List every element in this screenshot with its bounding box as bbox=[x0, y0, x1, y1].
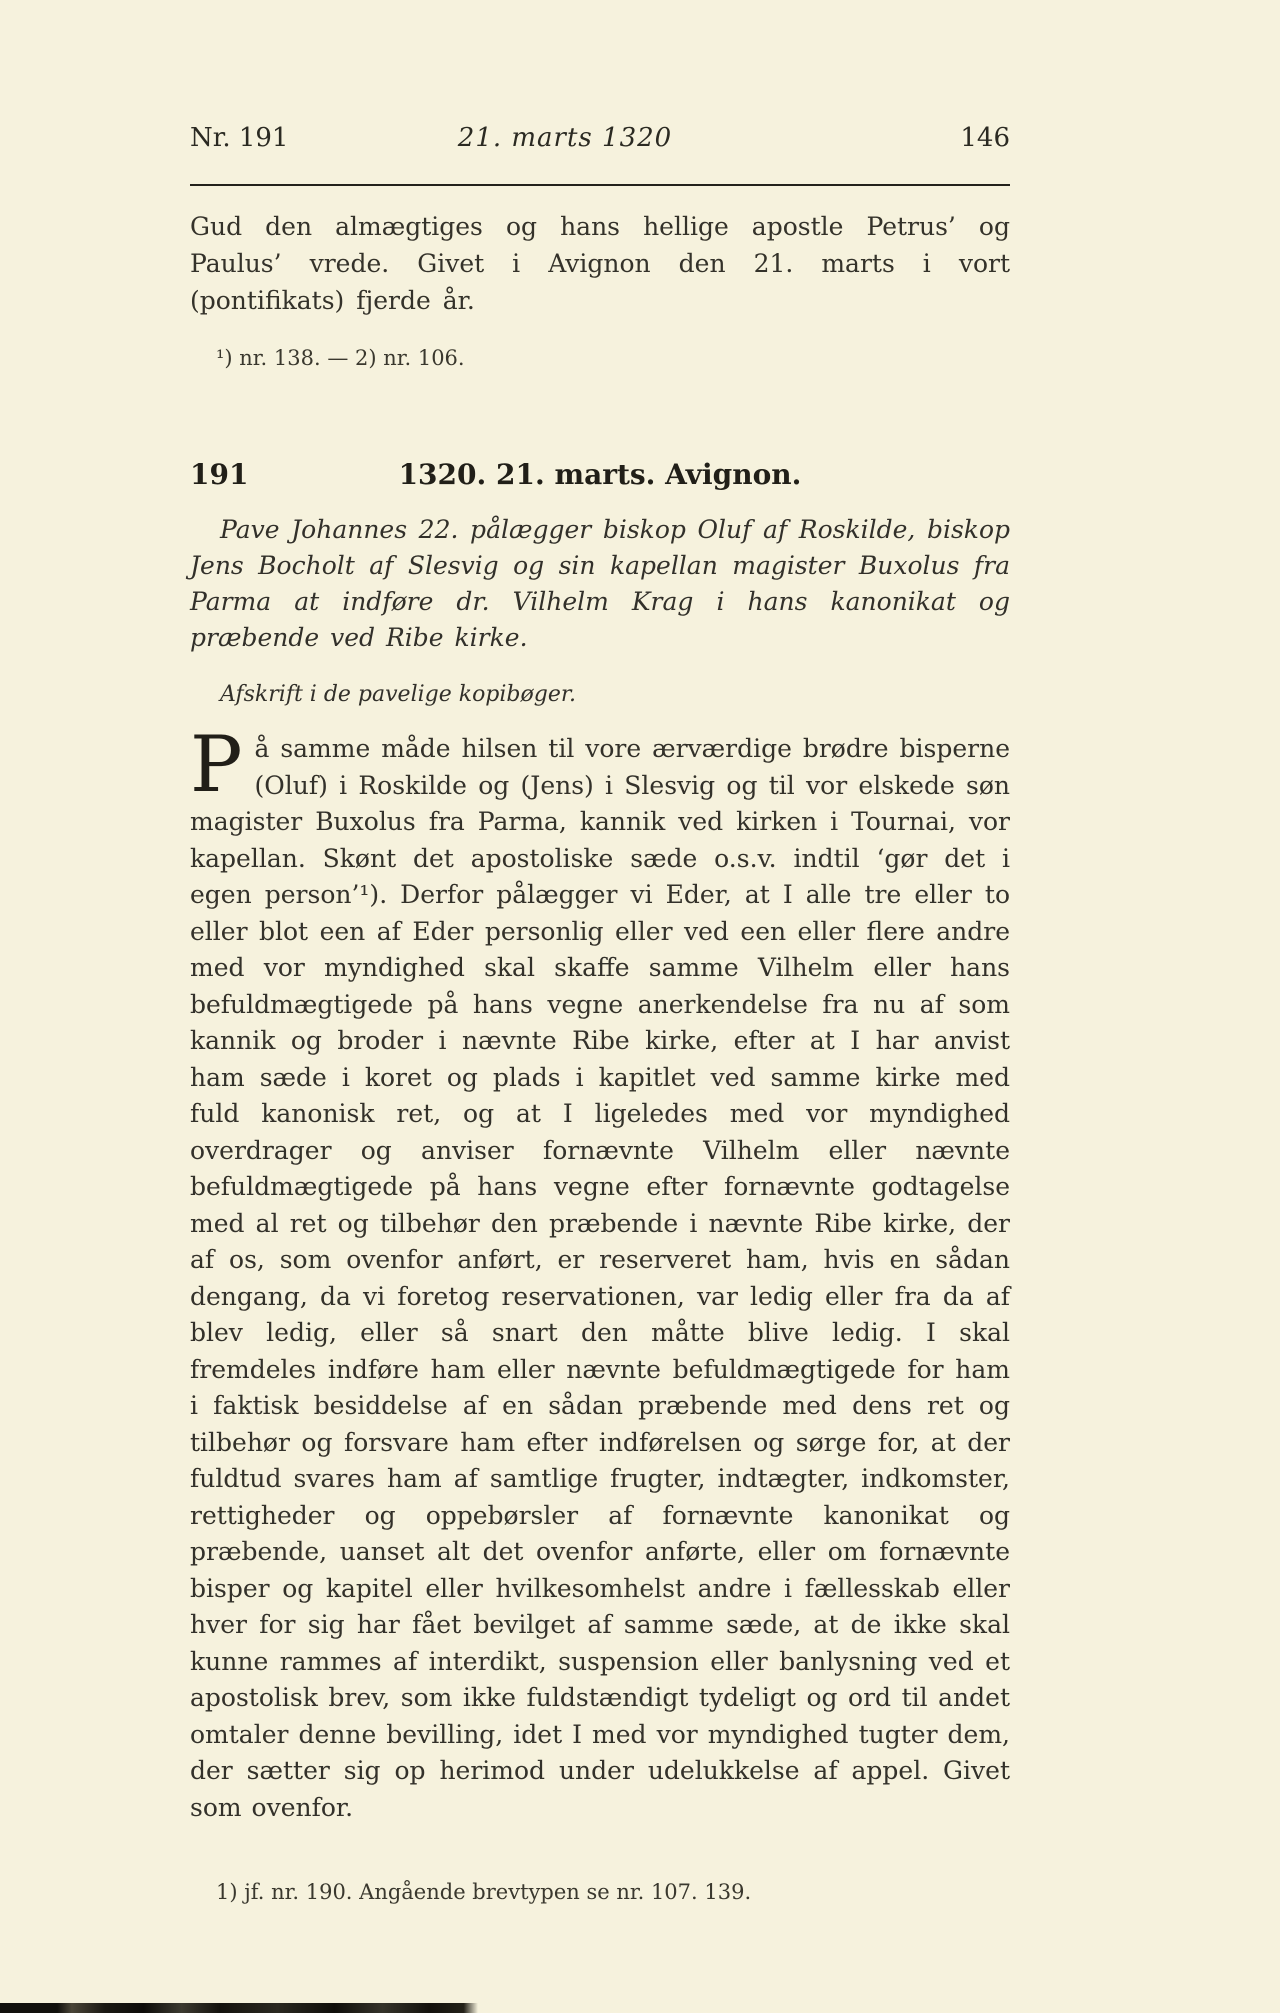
header-page-number: 146 bbox=[960, 118, 1010, 158]
text-block: Nr. 191 21. marts 1320 146 Gud den almæg… bbox=[190, 118, 1010, 1927]
entry-heading: 191 1320. 21. marts. Avignon. bbox=[190, 454, 1010, 496]
entry-body-text: På samme måde hilsen til vore ærværdige … bbox=[190, 731, 1010, 1826]
previous-letter-closing-text: Gud den almægtiges og hans hellige apost… bbox=[190, 208, 1010, 319]
header-rule bbox=[190, 184, 1010, 186]
running-header: Nr. 191 21. marts 1320 146 bbox=[190, 118, 1010, 158]
entry-regest: Pave Johannes 22. pålægger biskop Oluf a… bbox=[190, 512, 1010, 656]
header-date: 21. marts 1320 bbox=[190, 118, 940, 158]
previous-letter-footnote: ¹) nr. 138. — 2) nr. 106. bbox=[190, 344, 1010, 372]
scanned-book-page: Nr. 191 21. marts 1320 146 Gud den almæg… bbox=[0, 0, 1280, 2013]
scan-edge-artifact bbox=[0, 2003, 478, 2013]
entry-source-note: Afskrift i de pavelige kopibøger. bbox=[190, 681, 1010, 709]
entry-footnote: 1) jf. nr. 190. Angående brevtypen se nr… bbox=[190, 1878, 1010, 1906]
entry-dateline: 1320. 21. marts. Avignon. bbox=[190, 454, 1010, 496]
